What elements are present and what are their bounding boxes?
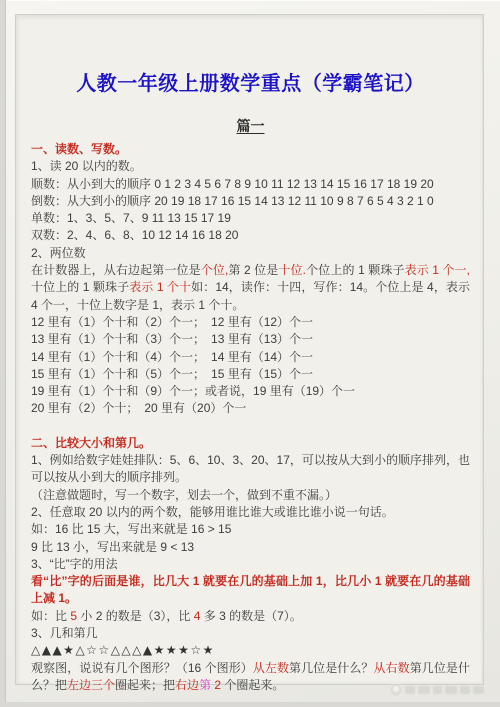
- text-segment: 表示 1 个一,: [405, 263, 470, 277]
- text-segment: 左边三个: [67, 678, 115, 692]
- text-segment: 二、比较大小和第几。: [31, 436, 151, 450]
- text-segment: 多 3 的数是（7）。: [200, 609, 301, 623]
- text-line: 顺数：从小到大的顺序 0 1 2 3 4 5 6 7 8 9 10 11 12 …: [31, 176, 470, 193]
- text-segment: 13 里有（1）个十和（3）个一； 13 里有（13）个一: [31, 332, 313, 346]
- watermark-blur-text: [445, 686, 457, 694]
- text-line: 双数：2、4、6、8、10 12 14 16 18 20: [31, 227, 470, 244]
- text-segment: 第: [199, 678, 211, 692]
- text-segment: 个位上的 1 颗珠子: [306, 263, 405, 277]
- text-line: 2、任意取 20 以内的两个数，能够用谁比谁大或谁比谁小说一句话。: [31, 504, 470, 521]
- watermark-blur-text: [405, 686, 415, 694]
- text-line: 14 里有（1）个十和（4）个一； 14 里有（14）个一: [31, 349, 470, 366]
- text-line: 20 里有（2）个十； 20 里有（20）个一: [31, 400, 470, 417]
- text-line: 13 里有（1）个十和（3）个一； 13 里有（13）个一: [31, 331, 470, 348]
- page-title: 人教一年级上册数学重点（学霸笔记）: [31, 67, 470, 96]
- text-segment: 2: [211, 678, 224, 692]
- text-line: △▲▲★△☆☆△△△▲★★★☆★: [31, 642, 470, 659]
- text-segment: 14 里有（1）个十和（4）个一； 14 里有（14）个一: [31, 350, 313, 364]
- text-segment: 如：比: [31, 609, 70, 623]
- text-segment: 十位上的 1 颗珠子: [31, 280, 129, 294]
- text-segment: 双数：2、4、6、8、10 12 14 16 18 20: [31, 228, 238, 242]
- text-line: 一、读数、写数。: [31, 141, 470, 158]
- text-segment: 2、两位数: [31, 246, 86, 260]
- text-segment: 表示 1 个十: [129, 280, 191, 294]
- photo-background: { "colors": { "title_blue": "#1c12c8", "…: [0, 0, 500, 707]
- picture-frame: 人教一年级上册数学重点（学霸笔记） 篇一 一、读数、写数。1、读 20 以内的数…: [6, 0, 500, 702]
- text-segment: 12 里有（1）个十和（2）个一； 12 里有（12）个一: [31, 315, 313, 329]
- document-body: 一、读数、写数。1、读 20 以内的数。顺数：从小到大的顺序 0 1 2 3 4…: [31, 141, 470, 694]
- paper-sheet: 人教一年级上册数学重点（学霸笔记） 篇一 一、读数、写数。1、读 20 以内的数…: [15, 14, 484, 685]
- text-line: 如：16 比 15 大，写出来就是 16 > 15: [31, 521, 470, 538]
- text-line: 3、“比”字的用法: [31, 556, 470, 573]
- text-segment: 看“比”字的后面是谁，比几大 1 就要在几的基础上加 1，比几小 1 就要在几的…: [31, 574, 470, 605]
- watermark-logo-icon: [390, 684, 402, 696]
- text-segment: 右边: [175, 678, 199, 692]
- text-segment: 15 里有（1）个十和（5）个一； 15 里有（15）个一: [31, 367, 313, 381]
- text-segment: 3、“比”字的用法: [31, 557, 118, 571]
- text-segment: 个圈起来。: [224, 678, 284, 692]
- text-segment: 1、例如给数字娃娃排队：5、6、10、3、20、17，可以按从大到小的顺序排列，…: [31, 453, 470, 484]
- text-line: 19 里有（1）个十和（9）个一；或者说，19 里有（19）个一: [31, 383, 470, 400]
- watermark-blur-text: [473, 686, 484, 694]
- text-line: 1、例如给数字娃娃排队：5、6、10、3、20、17，可以按从大到小的顺序排列，…: [31, 452, 470, 487]
- watermark-blur-text: [418, 686, 430, 694]
- text-line: 15 里有（1）个十和（5）个一； 15 里有（15）个一: [31, 366, 470, 383]
- text-segment: 倒数：从大到小的顺序 20 19 18 17 16 15 14 13 12 11…: [31, 194, 434, 208]
- text-segment: 从右数: [374, 661, 410, 675]
- text-segment: 顺数：从小到大的顺序 0 1 2 3 4 5 6 7 8 9 10 11 12 …: [31, 177, 434, 191]
- document-content: 人教一年级上册数学重点（学霸笔记） 篇一 一、读数、写数。1、读 20 以内的数…: [16, 15, 483, 684]
- text-segment: 在计数器上，从右边起第一位是: [31, 263, 201, 277]
- text-segment: 3、几和第几: [31, 626, 98, 640]
- text-line: 倒数：从大到小的顺序 20 19 18 17 16 15 14 13 12 11…: [31, 193, 470, 210]
- text-line: 单数：1、3、5、7、9 11 13 15 17 19: [31, 210, 470, 227]
- text-line: 3、几和第几: [31, 625, 470, 642]
- text-segment: 如：16 比 15 大，写出来就是 16 > 15: [31, 522, 231, 536]
- text-line: 1、读 20 以内的数。: [31, 158, 470, 175]
- text-segment: 20 里有（2）个十； 20 里有（20）个一: [31, 401, 246, 415]
- text-segment: 19 里有（1）个十和（9）个一；或者说，19 里有（19）个一: [31, 384, 355, 398]
- text-line: 看“比”字的后面是谁，比几大 1 就要在几的基础上加 1，比几小 1 就要在几的…: [31, 573, 470, 608]
- text-line: 如：比 5 小 2 的数是（3），比 4 多 3 的数是（7）。: [31, 608, 470, 625]
- text-line: （注意做题时，写一个数字，划去一个，做到不重不漏。）: [31, 487, 470, 504]
- text-line: 12 里有（1）个十和（2）个一； 12 里有（12）个一: [31, 314, 470, 331]
- text-segment: 圈起来；把: [115, 678, 175, 692]
- text-segment: 一、读数、写数。: [31, 142, 127, 156]
- text-line: 2、两位数: [31, 245, 470, 262]
- watermark-blur-text: [460, 686, 470, 694]
- page-subtitle: 篇一: [31, 116, 470, 136]
- text-segment: △▲▲★△☆☆△△△▲★★★☆★: [31, 643, 215, 657]
- text-segment: 第 2 位是: [228, 263, 278, 277]
- watermark-blur-text: [433, 686, 442, 694]
- text-segment: 小 2 的数是（3），比: [77, 609, 194, 623]
- text-segment: 十位.: [278, 263, 306, 277]
- text-segment: 第几位是什么？: [289, 661, 373, 675]
- text-segment: 个位,: [201, 263, 229, 277]
- text-segment: 单数：1、3、5、7、9 11 13 15 17 19: [31, 211, 231, 225]
- text-segment: 观察图，说说有几个图形？（16 个图形）: [31, 661, 253, 675]
- text-line: 在计数器上，从右边起第一位是个位,第 2 位是十位.个位上的 1 颗珠子表示 1…: [31, 262, 470, 314]
- text-segment: 2、任意取 20 以内的两个数，能够用谁比谁大或谁比谁小说一句话。: [31, 505, 394, 519]
- text-segment: 9 比 13 小，写出来就是 9 < 13: [31, 540, 194, 554]
- watermark: [390, 683, 484, 696]
- text-line: 9 比 13 小，写出来就是 9 < 13: [31, 539, 470, 556]
- text-segment: （注意做题时，写一个数字，划去一个，做到不重不漏。）: [31, 488, 337, 502]
- text-segment: 1、读 20 以内的数。: [31, 159, 142, 173]
- text-line: 二、比较大小和第几。: [31, 435, 470, 452]
- text-segment: 从左数: [253, 661, 289, 675]
